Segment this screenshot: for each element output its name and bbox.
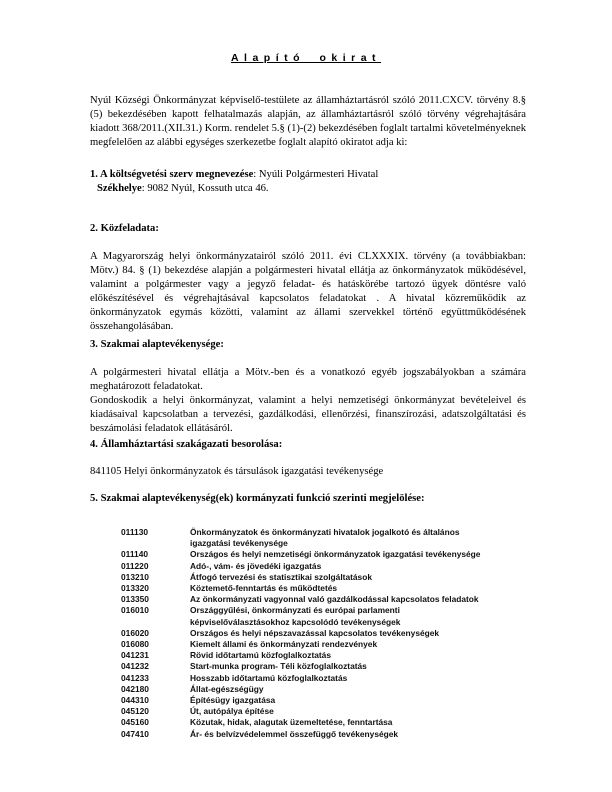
function-code-row: 044310Építésügy igazgatása — [121, 695, 541, 706]
section-4-heading: 4. Államháztartási szakágazati besorolás… — [90, 438, 526, 452]
function-code-row: 013210Átfogó tervezési és statisztikai s… — [121, 572, 541, 583]
function-code-row: 016010Országgyűlési, önkormányzati és eu… — [121, 605, 541, 627]
function-code: 013350 — [121, 594, 190, 605]
function-code: 016020 — [121, 628, 190, 639]
function-description: Átfogó tervezési és statisztikai szolgál… — [190, 572, 541, 583]
function-description: Országos és helyi népszavazással kapcsol… — [190, 628, 541, 639]
function-code-row: 016080Kiemelt állami és önkormányzati re… — [121, 639, 541, 650]
org-name-value: : Nyúli Polgármesteri Hivatal — [253, 169, 378, 180]
function-description: Országgyűlési, önkormányzati és európai … — [190, 605, 541, 627]
function-code-row: 011140Országos és helyi nemzetiségi önko… — [121, 549, 541, 560]
function-code-row: 045160Közutak, hidak, alagutak üzemeltet… — [121, 717, 541, 728]
section-3-text-1: A polgármesteri hivatal ellátja a Mötv.-… — [90, 366, 526, 394]
function-code-row: 016020Országos és helyi népszavazással k… — [121, 628, 541, 639]
function-description: Az önkormányzati vagyonnal való gazdálko… — [190, 594, 541, 605]
function-description: Adó-, vám- és jövedéki igazgatás — [190, 561, 541, 572]
seat-label: Székhelye — [97, 183, 142, 194]
section-2-heading: 2. Közfeladata: — [90, 222, 526, 236]
function-description: Kiemelt állami és önkormányzati rendezvé… — [190, 639, 541, 650]
function-code: 013210 — [121, 572, 190, 583]
function-code: 044310 — [121, 695, 190, 706]
document-page: Alapító okirat Nyúl Községi Önkormányzat… — [0, 0, 612, 792]
function-code: 045120 — [121, 706, 190, 717]
function-code: 041233 — [121, 673, 190, 684]
function-code-row: 041233Hosszabb időtartamú közfoglalkozta… — [121, 673, 541, 684]
seat-value: : 9082 Nyúl, Kossuth utca 46. — [142, 183, 269, 194]
function-code: 016080 — [121, 639, 190, 650]
function-code: 011140 — [121, 549, 190, 560]
function-description: Út, autópálya építése — [190, 706, 541, 717]
function-description: Ár- és belvízvédelemmel összefüggő tevék… — [190, 729, 541, 740]
document-title-text: Alapító okirat — [231, 52, 381, 64]
function-code-row: 047410Ár- és belvízvédelemmel összefüggő… — [121, 729, 541, 740]
function-code: 016010 — [121, 605, 190, 627]
function-code: 042180 — [121, 684, 190, 695]
document-title: Alapító okirat — [0, 52, 612, 64]
function-code-row: 013350Az önkormányzati vagyonnal való ga… — [121, 594, 541, 605]
function-code-row: 042180Állat-egészségügy — [121, 684, 541, 695]
function-code: 011220 — [121, 561, 190, 572]
section-5-heading: 5. Szakmai alaptevékenység(ek) kormányza… — [90, 492, 526, 506]
function-code-row: 011220Adó-, vám- és jövedéki igazgatás — [121, 561, 541, 572]
intro-paragraph: Nyúl Községi Önkormányzat képviselő-test… — [90, 94, 526, 150]
function-code: 013320 — [121, 583, 190, 594]
function-code: 047410 — [121, 729, 190, 740]
function-description: Hosszabb időtartamú közfoglalkoztatás — [190, 673, 541, 684]
function-description: Köztemető-fenntartás és működtetés — [190, 583, 541, 594]
seat-line: Székhelye: 9082 Nyúl, Kossuth utca 46. — [90, 182, 526, 196]
section-3-text-2: Gondoskodik a helyi önkormányzat, valami… — [90, 394, 526, 436]
function-description: Önkormányzatok és önkormányzati hivatalo… — [190, 527, 541, 549]
function-description: Rövid időtartamú közfoglalkoztatás — [190, 650, 541, 661]
function-code-row: 041231Rövid időtartamú közfoglalkoztatás — [121, 650, 541, 661]
function-code-row: 013320Köztemető-fenntartás és működtetés — [121, 583, 541, 594]
section-3-heading: 3. Szakmai alaptevékenysége: — [90, 338, 526, 352]
section-2-text: A Magyarország helyi önkormányzatairól s… — [90, 250, 526, 334]
org-name-line: 1. A költségvetési szerv megnevezése: Ny… — [90, 168, 526, 182]
function-code-row: 045120Út, autópálya építése — [121, 706, 541, 717]
function-description: Start-munka program- Téli közfoglalkozta… — [190, 661, 541, 672]
function-code-row: 041232Start-munka program- Téli közfogla… — [121, 661, 541, 672]
function-description: Országos és helyi nemzetiségi önkormányz… — [190, 549, 541, 560]
section-1: 1. A költségvetési szerv megnevezése: Ny… — [90, 168, 526, 196]
section-4-text: 841105 Helyi önkormányzatok és társuláso… — [90, 465, 526, 479]
org-name-label: 1. A költségvetési szerv megnevezése — [90, 169, 253, 180]
function-code: 041232 — [121, 661, 190, 672]
function-code: 011130 — [121, 527, 190, 549]
function-code-row: 011130Önkormányzatok és önkormányzati hi… — [121, 527, 541, 549]
function-description: Építésügy igazgatása — [190, 695, 541, 706]
function-code: 041231 — [121, 650, 190, 661]
function-description: Állat-egészségügy — [190, 684, 541, 695]
function-description: Közutak, hidak, alagutak üzemeltetése, f… — [190, 717, 541, 728]
function-code-list: 011130Önkormányzatok és önkormányzati hi… — [121, 527, 541, 740]
function-code: 045160 — [121, 717, 190, 728]
